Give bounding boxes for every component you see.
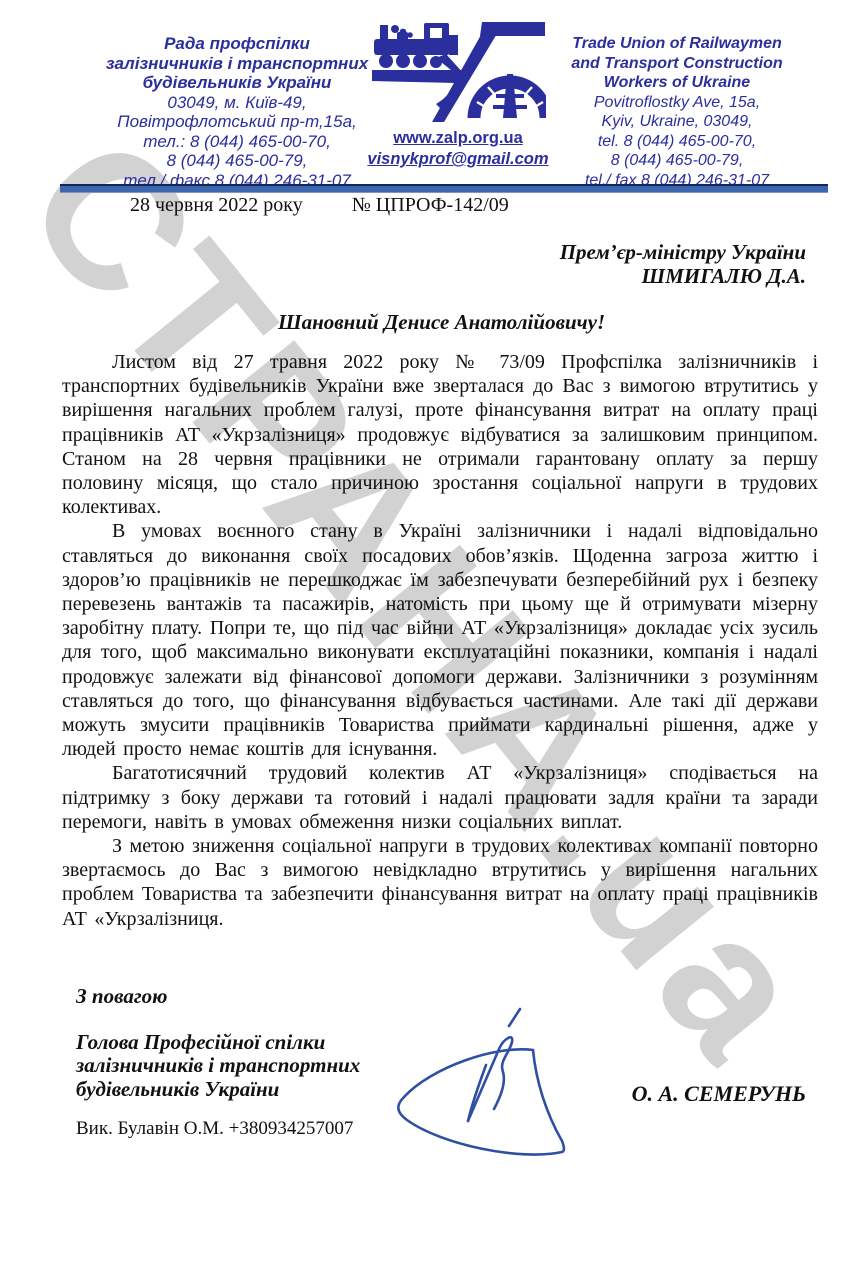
org-address-uk-line: 8 (044) 465-00-79,	[86, 151, 388, 171]
org-title-en-line: Trade Union of Railwaymen	[546, 34, 808, 54]
signature-swoosh	[398, 1049, 564, 1154]
org-title-uk-line: залізничників і транспортних	[86, 54, 388, 74]
letter-body: Листом від 27 травня 2022 року № 73/09 П…	[62, 350, 818, 931]
salutation: Шановний Денисе Анатолійовичу!	[278, 310, 605, 335]
website-link[interactable]: www.zalp.org.ua	[393, 129, 523, 147]
executor-note: Вик. Булавін О.М. +380934257007	[76, 1118, 353, 1140]
signature-accent	[509, 1009, 520, 1026]
org-address-en-line: Kyiv, Ukraine, 03049,	[546, 112, 808, 132]
railway-union-emblem-graphic	[370, 22, 546, 126]
signer-title-block: Голова Професійної спілки залізничників …	[76, 1031, 360, 1101]
letterhead-divider	[60, 184, 828, 193]
org-address-en-line: 8 (044) 465-00-79,	[546, 151, 808, 171]
regards-text: З повагою	[76, 984, 167, 1009]
union-logo	[370, 22, 546, 126]
handwritten-signature	[368, 993, 588, 1178]
signer-title-line: будівельників України	[76, 1078, 360, 1101]
signature-downstroke	[468, 1065, 486, 1121]
addressee-name: ШМИГАЛЮ Д.А.	[560, 264, 806, 288]
addressee-position: Прем’єр-міністру України	[560, 240, 806, 264]
letterhead-right: Trade Union of Railwaymen and Transport …	[546, 34, 808, 190]
letterhead-links: www.zalp.org.ua visnykprof@gmail.com	[352, 128, 564, 170]
org-title-uk-line: будівельників України	[86, 73, 388, 93]
org-title-en-line: and Transport Construction	[546, 54, 808, 74]
body-paragraph: З метою зниження соціальної напруги в тр…	[62, 834, 818, 931]
body-paragraph: Багатотисячний трудовий колектив АТ «Укр…	[62, 761, 818, 834]
letter-date: 28 червня 2022 року	[130, 194, 303, 216]
signature-stroke-graphic	[368, 993, 588, 1178]
addressee-block: Прем’єр-міністру України ШМИГАЛЮ Д.А.	[560, 240, 806, 288]
org-address-uk-line: Повітрофлотський пр-т,15а,	[86, 112, 388, 132]
body-paragraph: В умовах воєнного стану в Україні залізн…	[62, 519, 818, 761]
org-address-en-line: Povitroflostky Ave, 15a,	[546, 93, 808, 113]
locomotive-icon	[372, 23, 468, 83]
body-paragraph: Листом від 27 травня 2022 року № 73/09 П…	[62, 350, 818, 519]
email-link[interactable]: visnykprof@gmail.com	[367, 150, 548, 168]
org-title-en-line: Workers of Ukraine	[546, 73, 808, 93]
letter-page: СТРАНА.ua Рада профспілки залізничників …	[0, 0, 846, 1280]
letterhead-left: Рада профспілки залізничників і транспор…	[86, 34, 388, 190]
org-title-uk-line: Рада профспілки	[86, 34, 388, 54]
date-line: 28 червня 2022 року № ЦПРОФ-142/09	[130, 194, 509, 217]
org-address-uk-line: 03049, м. Київ-49,	[86, 93, 388, 113]
org-address-en-line: tel. 8 (044) 465-00-70,	[546, 132, 808, 152]
signer-title-line: Голова Професійної спілки	[76, 1031, 360, 1054]
org-address-uk-line: тел.: 8 (044) 465-00-70,	[86, 132, 388, 152]
letter-number: № ЦПРОФ-142/09	[352, 194, 509, 216]
signer-title-line: залізничників і транспортних	[76, 1054, 360, 1077]
signer-name: О. А. СЕМЕРУНЬ	[632, 1081, 806, 1107]
